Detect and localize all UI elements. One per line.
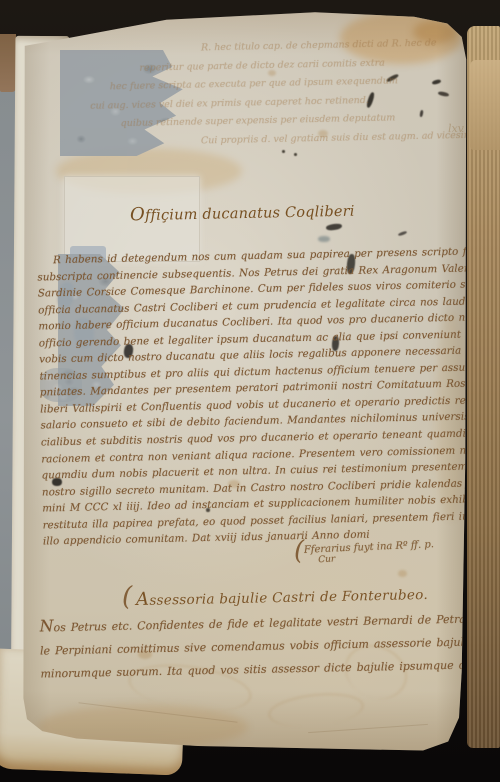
ink-blot — [398, 231, 407, 237]
spine-edge — [0, 34, 16, 92]
manuscript-photo: R. hec titulo cap. de chepmans dicti ad … — [0, 0, 500, 782]
book-fore-edge-top — [470, 60, 500, 150]
show-through-mark — [267, 689, 366, 731]
folio-number: lxv — [448, 122, 464, 135]
manuscript-page: R. hec titulo cap. de chepmans dicti ad … — [18, 10, 468, 758]
gray-smudge — [318, 236, 330, 242]
faded-header-block: R. hec titulo cap. de chepmans dicti ad … — [73, 34, 467, 153]
ink-blot — [326, 223, 343, 231]
section-heading-fonterubeo: Assessoria bajulie Castri de Fonterubeo. — [136, 583, 428, 610]
foxing-spot — [398, 570, 407, 577]
notarial-subscription: Fferarius fuyt ina Rº ff. p. Cur — [304, 539, 435, 566]
assessoria-text-block: Nos Petrus etc. Confidentes de fide et l… — [39, 605, 472, 685]
heading-flourish: ( — [122, 582, 132, 612]
ink-blot — [282, 150, 285, 153]
commission-text-block: R habens id detegendum nos cum quadam su… — [37, 244, 473, 551]
notarial-flourish: ( — [294, 536, 304, 566]
section-heading-cocliberi: Offiçium ducanatus Coqliberi — [130, 200, 355, 226]
ink-blot — [294, 153, 297, 156]
crease-line — [308, 724, 428, 733]
